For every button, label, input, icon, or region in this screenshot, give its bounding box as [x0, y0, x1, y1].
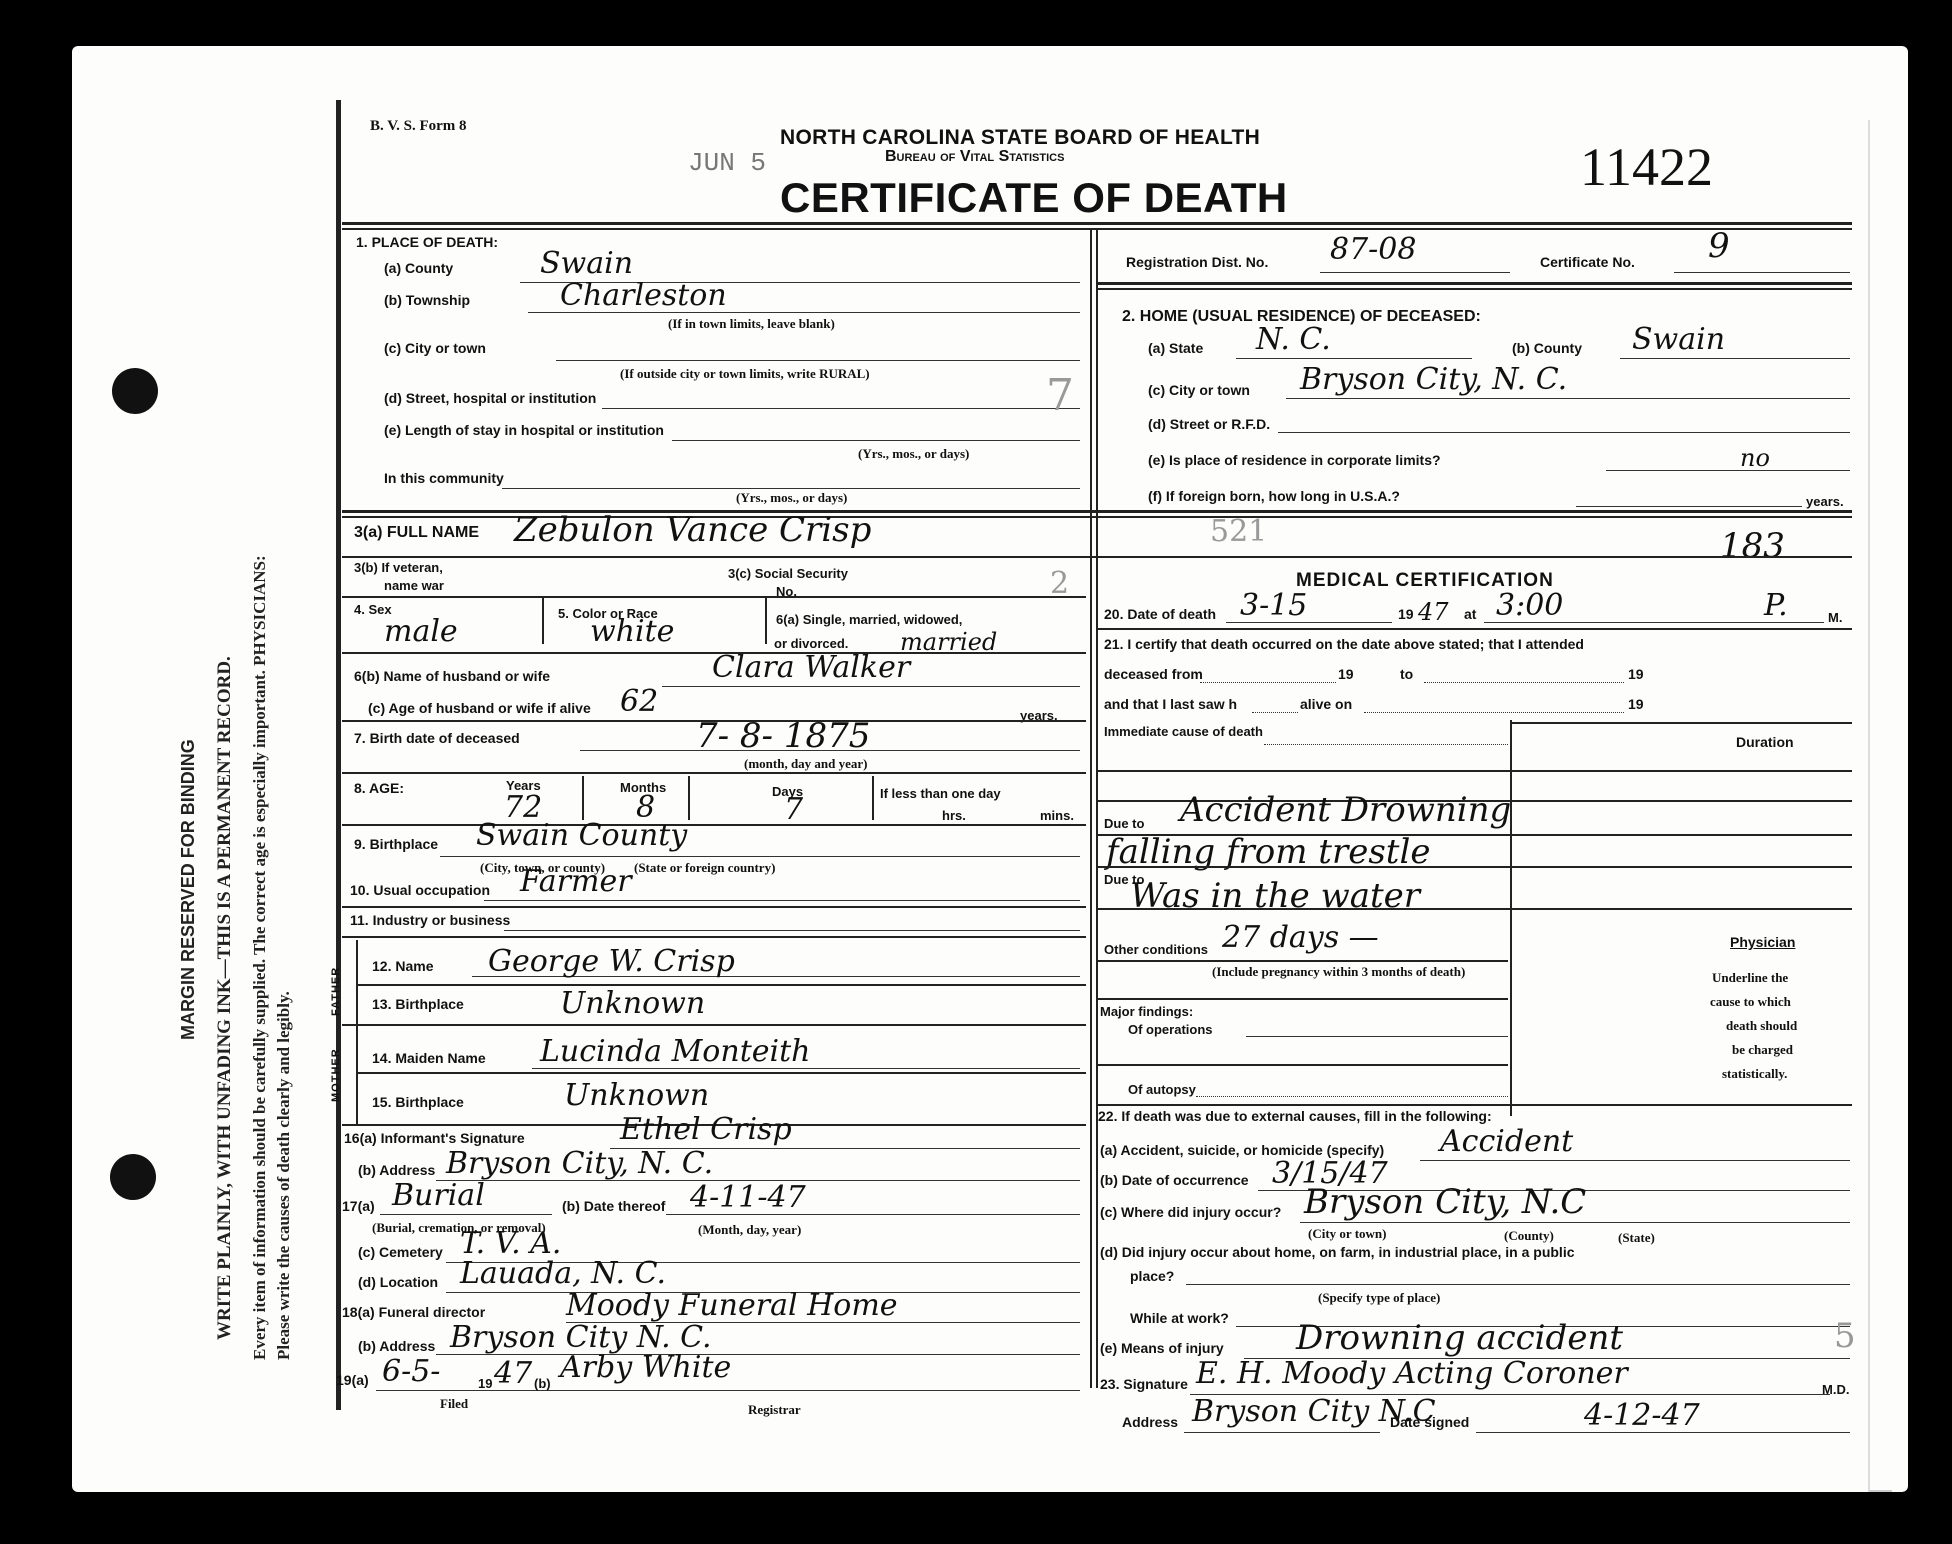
injury-place-note: (Specify type of place)	[1318, 1290, 1440, 1306]
race-value[interactable]: white	[590, 614, 674, 649]
birth-date-label: 7. Birth date of deceased	[354, 730, 520, 746]
binding-rule	[336, 100, 341, 1410]
stay-label: (e) Length of stay in hospital or instit…	[384, 422, 664, 438]
birthplace-note-2: (State or foreign country)	[634, 860, 775, 876]
informant-signature-value[interactable]: Ethel Crisp	[620, 1112, 792, 1147]
findings-bottom-line	[1098, 1104, 1852, 1106]
certifier-signature-value[interactable]: E. H. Moody Acting Coroner	[1196, 1356, 1628, 1391]
last-saw-line	[1252, 712, 1298, 713]
certifier-signature-label: 23. Signature	[1100, 1376, 1188, 1392]
other-conditions-line	[1098, 960, 1508, 962]
race-marital-divider	[765, 598, 767, 644]
certifier-address-label: Address	[1122, 1414, 1178, 1430]
age-divider-3	[872, 776, 874, 820]
cert-no-label: Certificate No.	[1540, 254, 1635, 270]
physician-note-1: cause to which	[1710, 994, 1791, 1010]
city-note: (If outside city or town limits, write R…	[620, 366, 870, 382]
birth-date-note: (month, day and year)	[744, 756, 868, 772]
certifier-address-line	[1184, 1432, 1380, 1433]
due-to-1-label: Due to	[1104, 816, 1144, 831]
informant-signature-label: 16(a) Informant's Signature	[344, 1130, 525, 1146]
res-corporate-value[interactable]: no	[1740, 444, 1770, 472]
board-title: NORTH CAROLINA STATE BOARD OF HEALTH	[780, 126, 1260, 150]
reg-dist-label: Registration Dist. No.	[1126, 254, 1268, 270]
filing-label-b: (b)	[534, 1376, 551, 1391]
age-row-line	[342, 824, 1086, 826]
funeral-director-label: 18(a) Funeral director	[342, 1304, 485, 1320]
veteran-label-2: name war	[384, 578, 444, 593]
external-date-label: (b) Date of occurrence	[1100, 1172, 1249, 1188]
binder-hole-bottom	[110, 1154, 156, 1200]
name-row-line	[342, 556, 1852, 558]
father-name-label: 12. Name	[372, 958, 433, 974]
disposition-method-label: 17(a)	[342, 1198, 375, 1214]
informant-address-label: (b) Address	[358, 1162, 435, 1178]
res-state-line	[1236, 358, 1472, 359]
spouse-age-label: (c) Age of husband or wife if alive	[368, 700, 591, 716]
community-note: (Yrs., mos., or days)	[736, 490, 847, 506]
res-city-label: (c) City or town	[1148, 382, 1250, 398]
deceased-from-label: deceased from	[1104, 666, 1203, 682]
res-city-line	[1286, 398, 1850, 399]
autopsy-label: Of autopsy	[1128, 1082, 1196, 1097]
death-time-value[interactable]: 3:00	[1496, 588, 1563, 623]
paper-edge-stack	[1868, 120, 1892, 1492]
duration-top-line	[1510, 722, 1852, 724]
injury-place-label-2: place?	[1130, 1268, 1174, 1284]
father-section-line	[342, 1024, 1086, 1026]
physician-note-0: Underline the	[1712, 970, 1788, 986]
death-street-line	[602, 408, 1080, 409]
father-birthplace-value[interactable]: Unknown	[560, 986, 705, 1021]
certificate-title: CERTIFICATE OF DEATH	[780, 174, 1288, 222]
injury-place-line	[1186, 1284, 1850, 1285]
funeral-address-label: (b) Address	[358, 1338, 435, 1354]
reg-dist-line	[1320, 272, 1510, 273]
place-of-death-heading: 1. PLACE OF DEATH:	[356, 234, 498, 250]
margin-instruction-2: Every item of information should be care…	[250, 555, 270, 1360]
less-day-label: If less than one day	[880, 786, 1001, 801]
means-value[interactable]: Drowning accident	[1296, 1318, 1623, 1358]
cause-line-5	[1098, 908, 1852, 910]
hrs-label: hrs.	[942, 808, 966, 823]
death-township-value[interactable]: Charleston	[560, 278, 727, 313]
age-divider-2	[688, 776, 690, 820]
external-heading: 22. If death was due to external causes,…	[1098, 1108, 1492, 1124]
column-divider	[1090, 228, 1098, 1388]
margin-instruction-3: Please write the causes of death clearly…	[274, 991, 294, 1360]
death-county-value[interactable]: Swain	[540, 246, 633, 281]
physician-note-4: statistically.	[1722, 1066, 1787, 1082]
full-name-label: 3(a) FULL NAME	[354, 524, 479, 542]
res-street-line	[1278, 432, 1850, 433]
physician-heading: Physician	[1730, 934, 1795, 950]
injury-note-state: (State)	[1618, 1230, 1655, 1246]
mother-name-value[interactable]: Lucinda Monteith	[540, 1034, 810, 1069]
external-type-value[interactable]: Accident	[1440, 1124, 1573, 1159]
death-date-label: 20. Date of death	[1104, 606, 1216, 622]
veteran-label-1: 3(b) If veteran,	[354, 560, 443, 575]
location-label: (d) Location	[358, 1274, 438, 1290]
due-to-2-value[interactable]: Was in the water	[1130, 876, 1420, 916]
injury-place-label-1: (d) Did injury occur about home, on farm…	[1100, 1244, 1575, 1260]
township-note: (If in town limits, leave blank)	[668, 316, 835, 332]
binder-hole-top	[112, 368, 158, 414]
date-signed-label: Date signed	[1390, 1414, 1469, 1430]
death-year-value[interactable]: 47	[1418, 598, 1449, 626]
disposition-date-label: (b) Date thereof	[562, 1198, 665, 1214]
mother-birthplace-label: 15. Birthplace	[372, 1094, 464, 1110]
death-city-label: (c) City or town	[384, 340, 486, 356]
alive-on-line	[1364, 712, 1624, 713]
deceased-from-19: 19	[1338, 666, 1354, 682]
industry-row-line	[342, 936, 1086, 938]
deceased-from-line	[1200, 682, 1336, 683]
cemetery-label: (c) Cemetery	[358, 1244, 443, 1260]
birthplace-line	[440, 856, 1080, 857]
death-ampm-value[interactable]: P.	[1764, 588, 1788, 623]
margin-instruction-1: WRITE PLAINLY, WITH UNFADING INK—THIS IS…	[214, 656, 236, 1340]
immediate-cause-line	[1264, 744, 1508, 745]
res-street-label: (d) Street or R.F.D.	[1148, 416, 1270, 432]
received-stamp: JUN 5	[688, 148, 766, 178]
father-birthplace-label: 13. Birthplace	[372, 996, 464, 1012]
form-id: B. V. S. Form 8	[370, 118, 467, 135]
alive-on-label: alive on	[1300, 696, 1352, 712]
father-name-value[interactable]: George W. Crisp	[488, 944, 735, 979]
birth-date-value[interactable]: 7- 8- 1875	[696, 716, 870, 756]
alive-on-19: 19	[1628, 696, 1644, 712]
informant-address-value[interactable]: Bryson City, N. C.	[446, 1146, 713, 1181]
marital-label-2: or divorced.	[774, 636, 848, 651]
registration-divider	[1098, 282, 1852, 290]
res-county-label: (b) County	[1512, 340, 1582, 356]
age-divider-1	[582, 776, 584, 820]
mother-name-label: 14. Maiden Name	[372, 1050, 486, 1066]
faint-mark: 521	[1210, 514, 1267, 549]
certify-text: 21. I certify that death occurred on the…	[1104, 636, 1584, 652]
res-foreign-line	[1576, 506, 1802, 507]
res-city-value[interactable]: Bryson City, N. C.	[1300, 362, 1567, 397]
occupation-row-line	[342, 906, 1086, 908]
registrar-signature[interactable]: Arby White	[560, 1350, 731, 1385]
death-street-label: (d) Street, hospital or institution	[384, 390, 596, 406]
full-name-value[interactable]: Zebulon Vance Crisp	[514, 510, 871, 550]
duration-column-divider	[1510, 720, 1512, 1116]
immediate-cause-label: Immediate cause of death	[1104, 724, 1263, 739]
stay-line	[672, 440, 1080, 441]
mother-row-line	[358, 1072, 1086, 1074]
spouse-label: 6(b) Name of husband or wife	[354, 668, 550, 684]
age-days-value[interactable]: 7	[784, 792, 803, 827]
marital-label-1: 6(a) Single, married, widowed,	[776, 612, 962, 627]
injury-where-line	[1300, 1222, 1850, 1223]
res-state-label: (a) State	[1148, 340, 1203, 356]
sex-race-divider	[542, 598, 544, 644]
filed-year-prefix: 19	[478, 1376, 492, 1391]
death-at-label: at	[1464, 606, 1476, 622]
means-mark: 5	[1834, 1316, 1856, 1356]
res-foreign-unit: years.	[1806, 494, 1844, 509]
operations-label: Of operations	[1128, 1022, 1213, 1037]
death-county-label: (a) County	[384, 260, 453, 276]
bureau-title: Bureau of Vital Statistics	[885, 148, 1064, 166]
community-label: In this community	[384, 470, 504, 486]
ssn-label-1: 3(c) Social Security	[728, 566, 848, 581]
parents-bracket	[356, 940, 358, 1126]
veteran-row-line	[342, 596, 1086, 598]
industry-label: 11. Industry or business	[350, 912, 510, 928]
means-label: (e) Means of injury	[1100, 1340, 1224, 1356]
registrar-note: Registrar	[748, 1402, 801, 1418]
last-saw-label: and that I last saw h	[1104, 696, 1237, 712]
duration-label: Duration	[1736, 734, 1794, 750]
community-line	[502, 488, 1080, 489]
res-corporate-label: (e) Is place of residence in corporate l…	[1148, 452, 1441, 468]
autopsy-line	[1196, 1096, 1508, 1097]
injury-where-label: (c) Where did injury occur?	[1100, 1204, 1281, 1220]
injury-note-city: (City or town)	[1308, 1226, 1386, 1242]
death-date-value[interactable]: 3-15	[1240, 588, 1307, 623]
external-type-line	[1420, 1160, 1850, 1161]
disposition-method-line	[380, 1214, 552, 1215]
other-conditions-note: (Include pregnancy within 3 months of de…	[1212, 964, 1465, 980]
birthplace-label: 9. Birthplace	[354, 836, 438, 852]
birthplace-value[interactable]: Swain County	[476, 818, 687, 853]
disposition-method-value[interactable]: Burial	[392, 1178, 485, 1213]
injury-where-value[interactable]: Bryson City, N.C	[1304, 1182, 1586, 1222]
res-foreign-label: (f) If foreign born, how long in U.S.A.?	[1148, 488, 1400, 504]
spouse-value[interactable]: Clara Walker	[712, 650, 910, 685]
to-19: 19	[1628, 666, 1644, 682]
death-city-line	[556, 360, 1080, 361]
md-label: M.D.	[1822, 1382, 1849, 1397]
reg-dist-value[interactable]: 87-08	[1330, 232, 1416, 267]
occupation-line	[484, 900, 1080, 901]
res-state-value[interactable]: N. C.	[1256, 322, 1331, 357]
operations-line	[1246, 1036, 1508, 1037]
funeral-director-value[interactable]: Moody Funeral Home	[566, 1288, 898, 1323]
death-year-prefix: 19	[1398, 606, 1414, 622]
spouse-line	[662, 686, 1080, 687]
death-date-row-line	[1098, 628, 1852, 630]
stay-note: (Yrs., mos., or days)	[858, 446, 969, 462]
res-county-value[interactable]: Swain	[1632, 322, 1725, 357]
res-county-line	[1620, 358, 1850, 359]
spouse-age-value[interactable]: 62	[620, 684, 658, 719]
cause-line-4	[1098, 866, 1852, 868]
industry-line	[504, 930, 1080, 931]
age-label: 8. AGE:	[354, 780, 404, 796]
mother-birthplace-value[interactable]: Unknown	[564, 1078, 709, 1113]
side-number: 183	[1720, 526, 1785, 566]
to-label: to	[1400, 666, 1413, 682]
filed-year-value[interactable]: 47	[494, 1356, 532, 1391]
mins-label: mins.	[1040, 808, 1074, 823]
other-conditions-value[interactable]: 27 days —	[1222, 920, 1379, 955]
margin-binding-note: MARGIN RESERVED FOR BINDING	[178, 739, 199, 1040]
occupation-label: 10. Usual occupation	[350, 882, 490, 898]
filing-label-a: 19(a)	[336, 1372, 369, 1388]
location-value[interactable]: Lauada, N. C.	[460, 1256, 666, 1291]
physician-note-2: death should	[1726, 1018, 1797, 1034]
father-row-line	[358, 984, 1086, 986]
filed-date-value[interactable]: 6-5-	[382, 1354, 440, 1389]
cert-no-value[interactable]: 9	[1708, 226, 1730, 266]
death-ampm-suffix: M.	[1828, 610, 1842, 625]
due-to-1-value[interactable]: Accident Drowning	[1180, 790, 1511, 830]
findings-mid-line	[1098, 1064, 1508, 1066]
mother-tag: MOTHER	[330, 1048, 342, 1102]
injury-note-county: (County)	[1504, 1228, 1554, 1244]
res-corporate-line	[1606, 470, 1850, 471]
disposition-date-value[interactable]: 4-11-47	[690, 1180, 806, 1215]
date-signed-value[interactable]: 4-12-47	[1584, 1398, 1700, 1433]
findings-top-line	[1098, 998, 1508, 1000]
record-number: 11422	[1580, 136, 1713, 198]
other-conditions-label: Other conditions	[1104, 942, 1208, 957]
physician-note-3: be charged	[1732, 1042, 1793, 1058]
to-line	[1424, 682, 1624, 683]
father-tag: FATHER	[330, 967, 342, 1016]
death-township-label: (b) Township	[384, 292, 470, 308]
cause-line-1	[1098, 770, 1852, 772]
cert-no-line	[1674, 272, 1850, 273]
sex-value[interactable]: male	[384, 614, 458, 649]
filed-note: Filed	[440, 1396, 468, 1412]
birth-row-line	[342, 772, 1086, 774]
occupation-value[interactable]: Farmer	[520, 864, 632, 899]
while-at-work-label: While at work?	[1130, 1310, 1229, 1326]
disposition-date-note: (Month, day, year)	[698, 1222, 801, 1238]
major-findings-label: Major findings:	[1100, 1004, 1193, 1019]
margin-mark: 7	[1046, 370, 1074, 421]
